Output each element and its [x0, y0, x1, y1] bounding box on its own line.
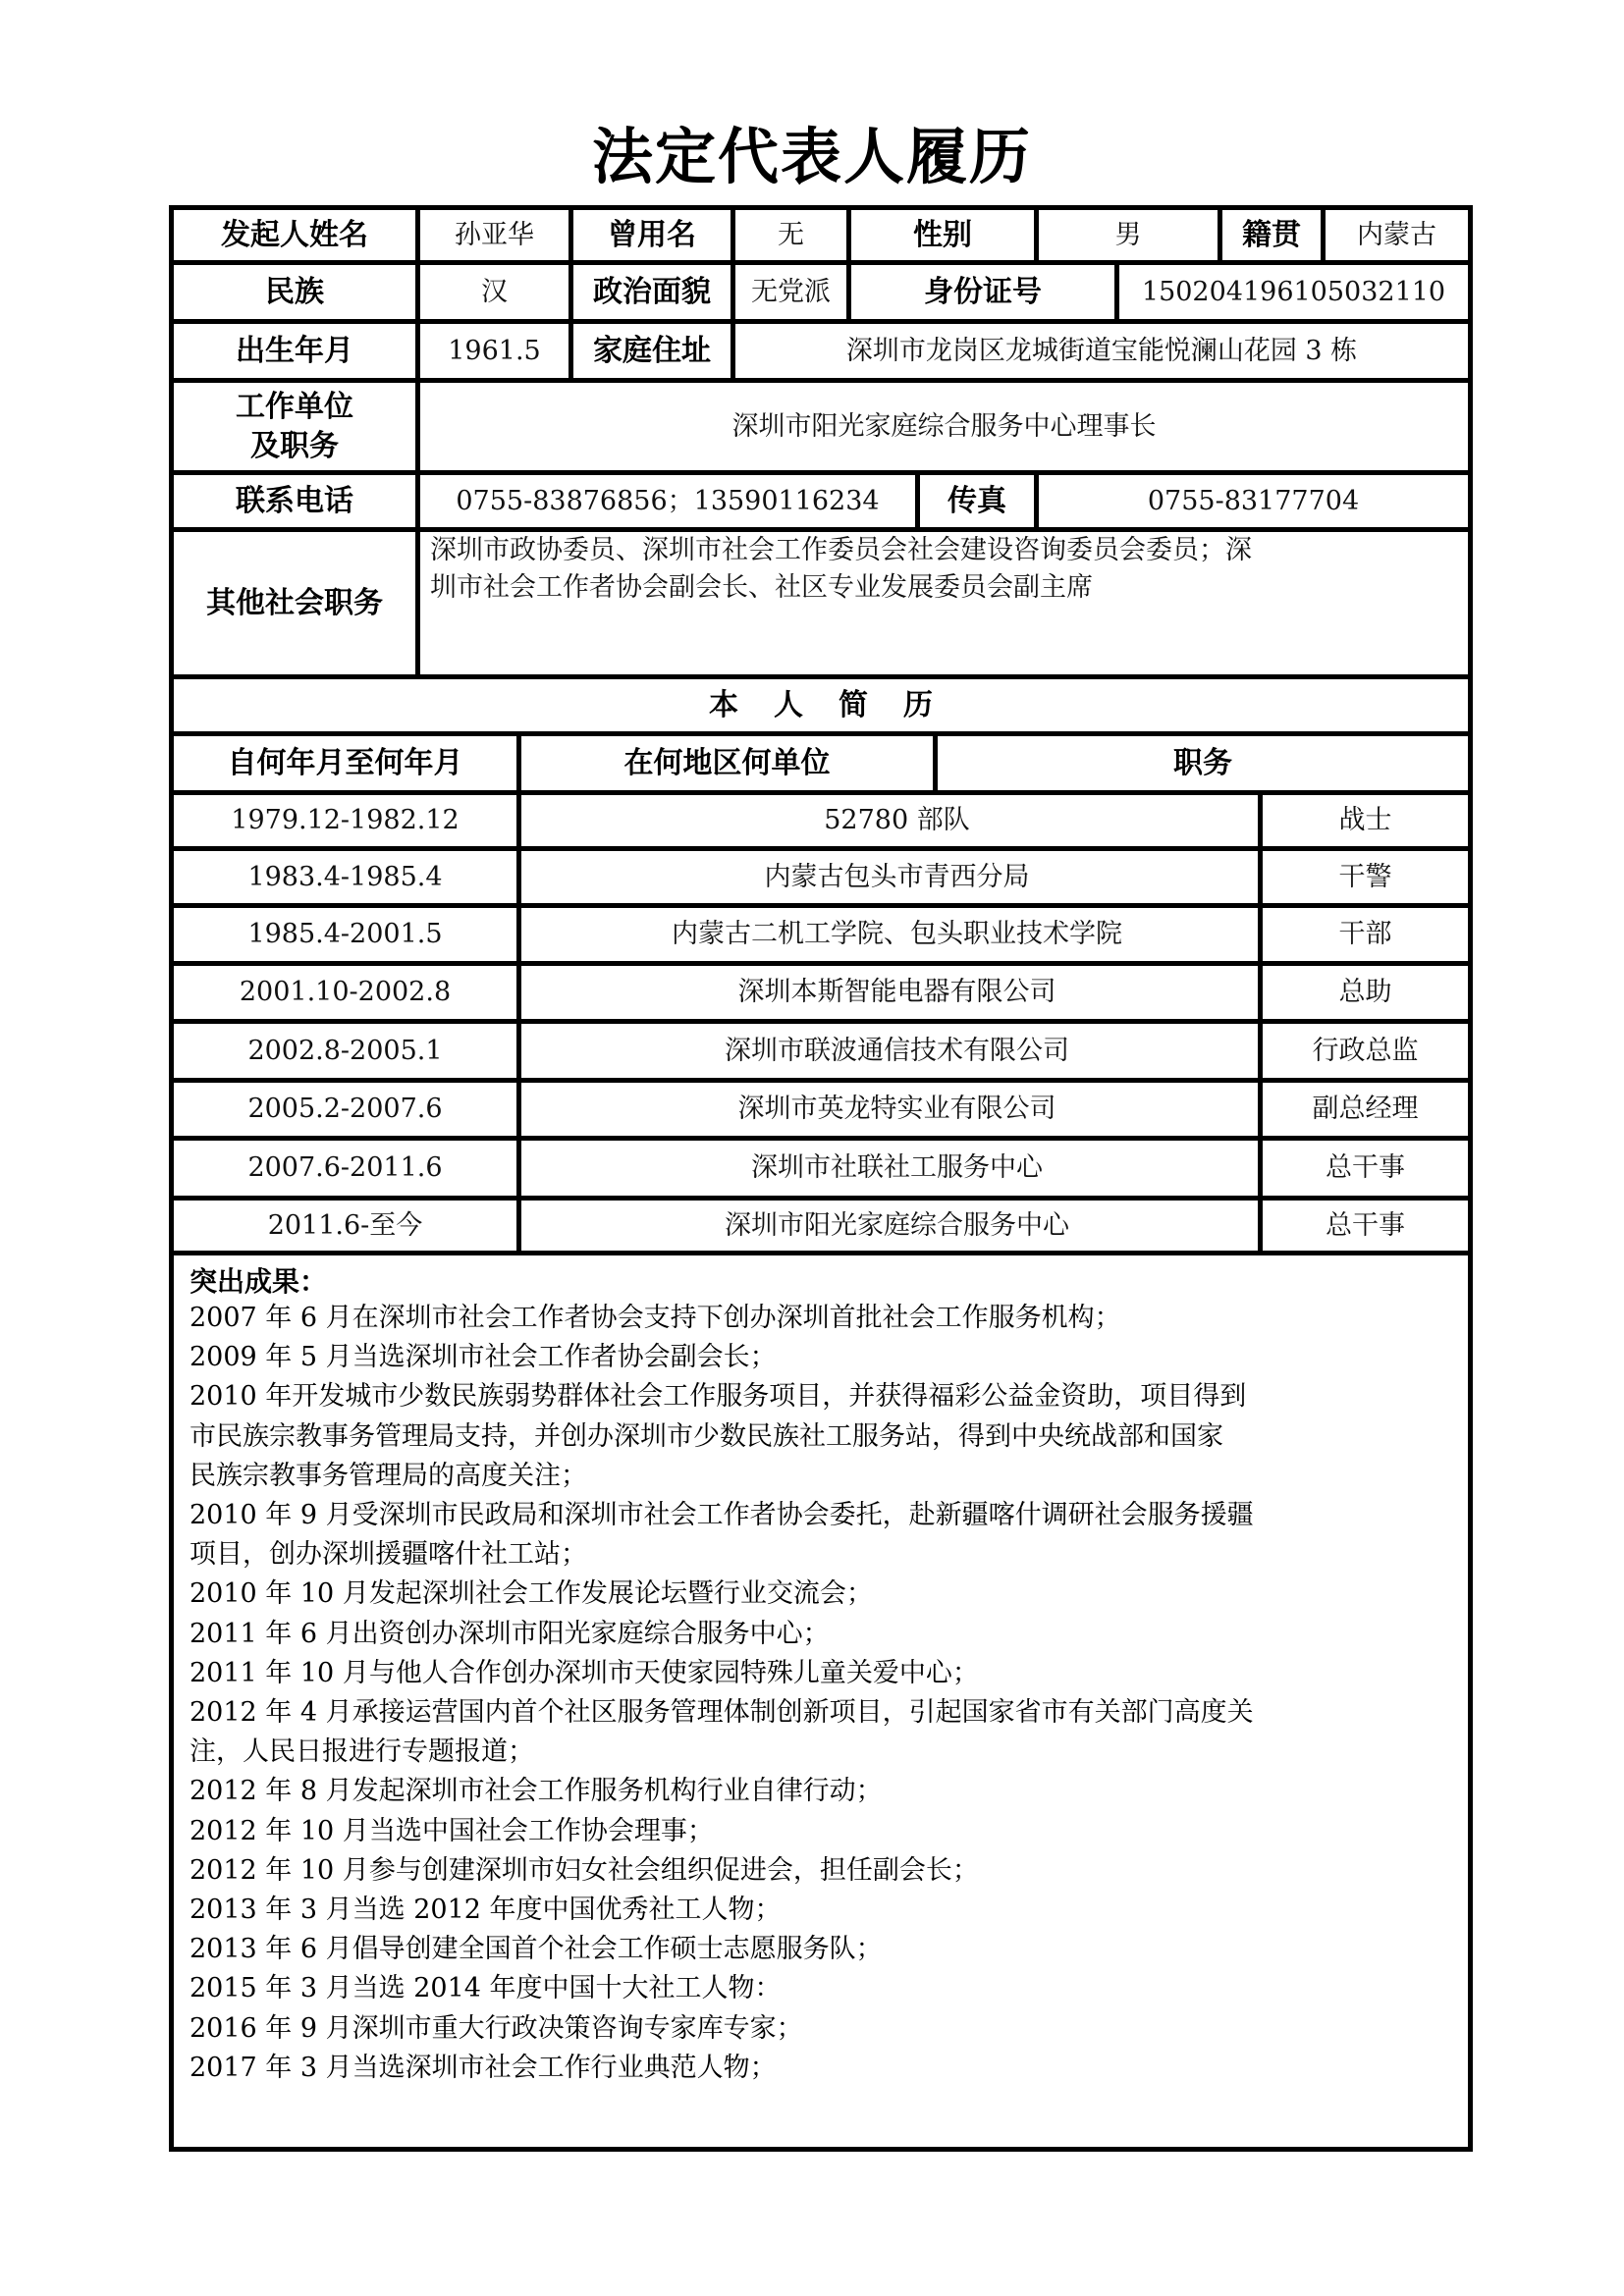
ethnicity-value: 汉	[415, 260, 573, 324]
resume-header-org: 在何地区何单位	[516, 731, 938, 795]
period-cell: 2007.6-2011.6	[169, 1136, 521, 1201]
org-cell: 内蒙古二机工学院、包头职业技术学院	[516, 903, 1277, 966]
position-cell: 总干事	[1258, 1136, 1473, 1201]
other-duties-line-2: 圳市社会工作者协会副会长、社区专业发展委员会副主席	[430, 569, 1093, 607]
org-cell: 深圳市阳光家庭综合服务中心	[516, 1196, 1277, 1255]
native-place-value: 内蒙古	[1321, 205, 1473, 265]
achievement-line: 2012 年 10 月当选中国社会工作协会理事；	[189, 1812, 1458, 1851]
achievement-line: 2013 年 6 月倡导创建全国首个社会工作硕士志愿服务队；	[189, 1930, 1458, 1969]
phone-value: 0755-83876856；13590116234	[415, 470, 920, 532]
org-cell: 52780 部队	[516, 790, 1277, 851]
period-cell: 1983.4-1985.4	[169, 846, 521, 908]
address-value: 深圳市龙岗区龙城街道宝能悦澜山花园 3 栋	[731, 319, 1473, 383]
resume-header-position: 职务	[933, 731, 1473, 795]
id-number-value: 150204196105032110	[1114, 260, 1473, 324]
name-label: 发起人姓名	[169, 205, 420, 265]
achievement-line: 注，人民日报进行专题报道；	[189, 1733, 1458, 1772]
gender-value: 男	[1034, 205, 1222, 265]
id-label: 身份证号	[846, 260, 1119, 324]
other-duties-line-1: 深圳市政协委员、深圳市社会工作委员会社会建设咨询委员会委员；深	[430, 532, 1252, 569]
resume-header-period: 自何年月至何年月	[169, 731, 521, 795]
achievement-line: 2010 年 9 月受深圳市民政局和深圳市社会工作者协会委托，赴新疆喀什调研社会…	[189, 1496, 1458, 1535]
address-label: 家庭住址	[568, 319, 735, 383]
org-cell: 深圳市联波通信技术有限公司	[516, 1019, 1277, 1083]
position-cell: 干警	[1258, 846, 1473, 908]
period-cell: 1985.4-2001.5	[169, 903, 521, 966]
position-cell: 总干事	[1258, 1196, 1473, 1255]
achievement-line: 项目，创办深圳援疆喀什社工站；	[189, 1535, 1458, 1575]
period-cell: 2001.10-2002.8	[169, 961, 521, 1024]
achievement-line: 2012 年 10 月参与创建深圳市妇女社会组织促进会，担任副会长；	[189, 1851, 1458, 1891]
achievement-line: 2011 年 6 月出资创办深圳市阳光家庭综合服务中心；	[189, 1615, 1458, 1654]
achievement-line: 2016 年 9 月深圳市重大行政决策咨询专家库专家；	[189, 2009, 1458, 2049]
org-cell: 深圳本斯智能电器有限公司	[516, 961, 1277, 1024]
work-label-line-1: 工作单位	[236, 388, 353, 427]
org-cell: 深圳市社联社工服务中心	[516, 1136, 1277, 1201]
achievement-line: 2012 年 8 月发起深圳市社会工作服务机构行业自律行动；	[189, 1772, 1458, 1811]
work-label-line-2: 及职务	[250, 427, 339, 466]
work-value: 深圳市阳光家庭综合服务中心理事长	[415, 378, 1473, 475]
political-label: 政治面貌	[568, 260, 735, 324]
achievement-line: 2013 年 3 月当选 2012 年度中国优秀社工人物；	[189, 1891, 1458, 1930]
other-duties-value: 深圳市政协委员、深圳市社会工作委员会社会建设咨询委员会委员；深 圳市社会工作者协…	[415, 527, 1473, 679]
birth-value: 1961.5	[415, 319, 573, 383]
achievements-section: 突出成果： 2007 年 6 月在深圳市社会工作者协会支持下创办深圳首批社会工作…	[169, 1251, 1473, 2152]
org-cell: 深圳市英龙特实业有限公司	[516, 1078, 1277, 1141]
fax-label: 传真	[915, 470, 1039, 532]
gender-label: 性别	[846, 205, 1039, 265]
former-name-label: 曾用名	[568, 205, 735, 265]
achievements-heading: 突出成果：	[189, 1265, 1458, 1299]
name-value: 孙亚华	[415, 205, 573, 265]
phone-label: 联系电话	[169, 470, 420, 532]
birth-label: 出生年月	[169, 319, 420, 383]
achievement-line: 民族宗教事务管理局的高度关注；	[189, 1457, 1458, 1496]
achievement-line: 2009 年 5 月当选深圳市社会工作者协会副会长；	[189, 1338, 1458, 1377]
resume-section-title: 本人简历	[169, 674, 1473, 736]
achievement-line: 2015 年 3 月当选 2014 年度中国十大社工人物：	[189, 1969, 1458, 2008]
native-place-label: 籍贯	[1218, 205, 1326, 265]
period-cell: 2011.6-至今	[169, 1196, 521, 1255]
fax-value: 0755-83177704	[1034, 470, 1473, 532]
position-cell: 战士	[1258, 790, 1473, 851]
work-label: 工作单位 及职务	[169, 378, 420, 475]
achievement-line: 2011 年 10 月与他人合作创办深圳市天使家园特殊儿童关爱中心；	[189, 1654, 1458, 1693]
other-duties-label: 其他社会职务	[169, 527, 420, 679]
achievement-line: 2007 年 6 月在深圳市社会工作者协会支持下创办深圳首批社会工作服务机构；	[189, 1299, 1458, 1338]
org-cell: 内蒙古包头市青西分局	[516, 846, 1277, 908]
achievement-line: 2012 年 4 月承接运营国内首个社区服务管理体制创新项目，引起国家省市有关部…	[189, 1693, 1458, 1733]
position-cell: 干部	[1258, 903, 1473, 966]
period-cell: 2002.8-2005.1	[169, 1019, 521, 1083]
political-value: 无党派	[731, 260, 851, 324]
achievement-line: 2010 年 10 月发起深圳社会工作发展论坛暨行业交流会；	[189, 1575, 1458, 1614]
achievement-line: 2017 年 3 月当选深圳市社会工作行业典范人物；	[189, 2049, 1458, 2088]
ethnicity-label: 民族	[169, 260, 420, 324]
position-cell: 行政总监	[1258, 1019, 1473, 1083]
former-name-value: 无	[731, 205, 851, 265]
achievement-line: 2010 年开发城市少数民族弱势群体社会工作服务项目，并获得福彩公益金资助，项目…	[189, 1377, 1458, 1416]
position-cell: 副总经理	[1258, 1078, 1473, 1141]
position-cell: 总助	[1258, 961, 1473, 1024]
period-cell: 2005.2-2007.6	[169, 1078, 521, 1141]
page-title: 法定代表人履历	[0, 108, 1624, 195]
period-cell: 1979.12-1982.12	[169, 790, 521, 851]
achievement-line: 市民族宗教事务管理局支持，并创办深圳市少数民族社工服务站，得到中央统战部和国家	[189, 1417, 1458, 1457]
